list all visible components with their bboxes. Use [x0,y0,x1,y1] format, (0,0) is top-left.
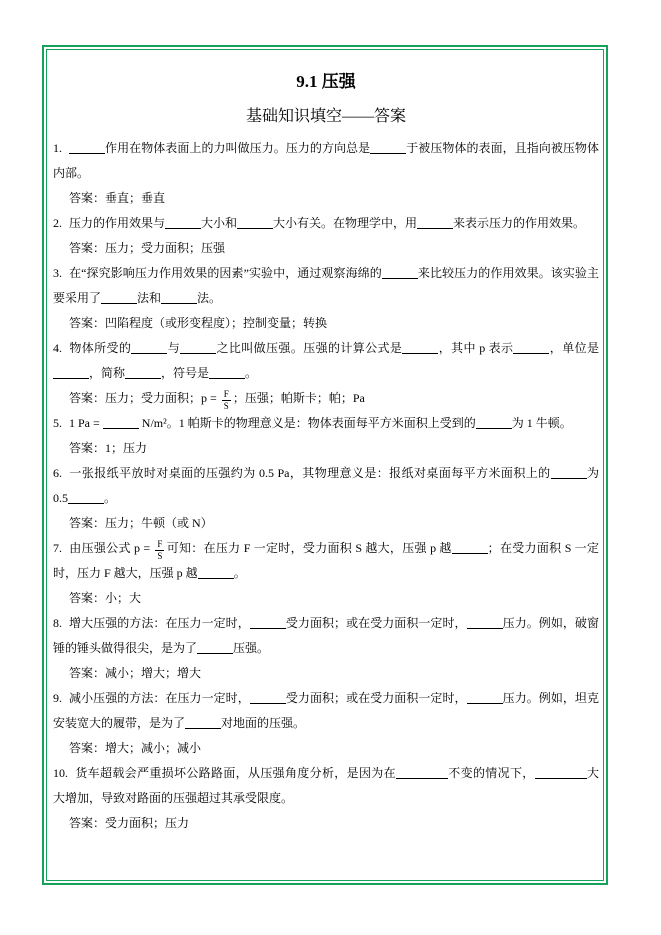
fill-in-blank [535,767,587,779]
fill-in-blank [161,292,197,304]
fill-in-blank [197,642,233,654]
answer-label: 答案： [69,391,105,405]
fill-in-blank [69,142,105,154]
fill-in-blank [103,417,139,429]
answer-6: 答案：压力；牛顿（或 N） [53,511,599,536]
question-number: 2. [53,216,69,230]
question-number: 4. [53,341,69,355]
question-10: 10.货车超载会严重损坏公路路面，从压强角度分析，是因为在不变的情况下，大大增加… [53,761,599,811]
fill-in-blank [125,367,161,379]
question-number: 7. [53,541,69,555]
fill-in-blank [131,342,167,354]
question-3: 3.在“探究影响压力作用效果的因素”实验中，通过观察海绵的来比较压力的作用效果。… [53,261,599,311]
fill-in-blank [402,342,438,354]
answer-label: 答案： [69,191,105,205]
question-2: 2.压力的作用效果与大小和大小有关。在物理学中，用来表示压力的作用效果。 [53,211,599,236]
fill-in-blank [250,692,286,704]
fill-in-blank [417,217,453,229]
page-border: 9.1 压强 基础知识填空——答案 1.作用在物体表面上的力叫做压力。压力的方向… [42,45,608,885]
fill-in-blank [53,367,89,379]
document-page: { "page": { "title": "9.1 压强", "subtitle… [0,0,661,935]
question-number: 1. [53,141,69,155]
question-number: 8. [53,616,69,630]
fraction-F-over-S: FS [155,539,164,561]
answer-label: 答案： [69,666,105,680]
fill-in-blank [551,467,587,479]
fill-in-blank [467,617,503,629]
fill-in-blank [476,417,512,429]
question-number: 5. [53,416,69,430]
fill-in-blank [250,617,286,629]
fill-in-blank [452,542,488,554]
fill-in-blank [101,292,137,304]
answer-8: 答案：减小；增大；增大 [53,661,599,686]
answer-7: 答案：小；大 [53,586,599,611]
answer-9: 答案：增大；减小；减小 [53,736,599,761]
question-8: 8.增大压强的方法：在压力一定时，受力面积；或在受力面积一定时，压力。例如，破窗… [53,611,599,661]
fill-in-blank [513,342,549,354]
question-number: 3. [53,266,69,280]
answer-label: 答案： [69,816,105,830]
page-border-inner: 9.1 压强 基础知识填空——答案 1.作用在物体表面上的力叫做压力。压力的方向… [46,49,604,881]
answer-label: 答案： [69,316,105,330]
question-list: 1.作用在物体表面上的力叫做压力。压力的方向总是于被压物体的表面，且指向被压物体… [53,136,599,836]
page-title: 9.1 压强 [53,70,599,94]
question-6: 6.一张报纸平放时对桌面的压强约为 0.5 Pa，其物理意义是：报纸对桌面每平方… [53,461,599,511]
question-4: 4.物体所受的与之比叫做压强。压强的计算公式是，其中 p 表示，单位是，简称，符… [53,336,599,386]
answer-1: 答案：垂直；垂直 [53,186,599,211]
question-number: 10. [53,766,75,780]
page-subtitle: 基础知识填空——答案 [53,105,599,129]
fill-in-blank [165,217,201,229]
answer-label: 答案： [69,741,105,755]
fill-in-blank [467,692,503,704]
fill-in-blank [209,367,245,379]
fill-in-blank [237,217,273,229]
question-7: 7.由压强公式 p = FS可知：在压力 F 一定时，受力面积 S 越大，压强 … [53,536,599,586]
question-number: 6. [53,466,69,480]
answer-4: 答案：压力；受力面积；p = FS；压强；帕斯卡；帕；Pa [53,386,599,411]
answer-label: 答案： [69,241,105,255]
fill-in-blank [185,717,221,729]
fraction-F-over-S: FS [222,389,231,411]
question-number: 9. [53,691,69,705]
question-1: 1.作用在物体表面上的力叫做压力。压力的方向总是于被压物体的表面，且指向被压物体… [53,136,599,186]
answer-2: 答案：压力；受力面积；压强 [53,236,599,261]
fill-in-blank [198,567,234,579]
fill-in-blank [68,492,104,504]
fill-in-blank [396,767,448,779]
answer-3: 答案：凹陷程度（或形变程度）；控制变量；转换 [53,311,599,336]
answer-label: 答案： [69,441,105,455]
fill-in-blank [382,267,418,279]
answer-5: 答案：1；压力 [53,436,599,461]
question-9: 9.减小压强的方法：在压力一定时，受力面积；或在受力面积一定时，压力。例如，坦克… [53,686,599,736]
fill-in-blank [370,142,406,154]
fill-in-blank [180,342,216,354]
question-5: 5.1 Pa = N/m²。1 帕斯卡的物理意义是：物体表面每平方米面积上受到的… [53,411,599,436]
answer-10: 答案：受力面积；压力 [53,811,599,836]
answer-label: 答案： [69,591,105,605]
answer-label: 答案： [69,516,105,530]
